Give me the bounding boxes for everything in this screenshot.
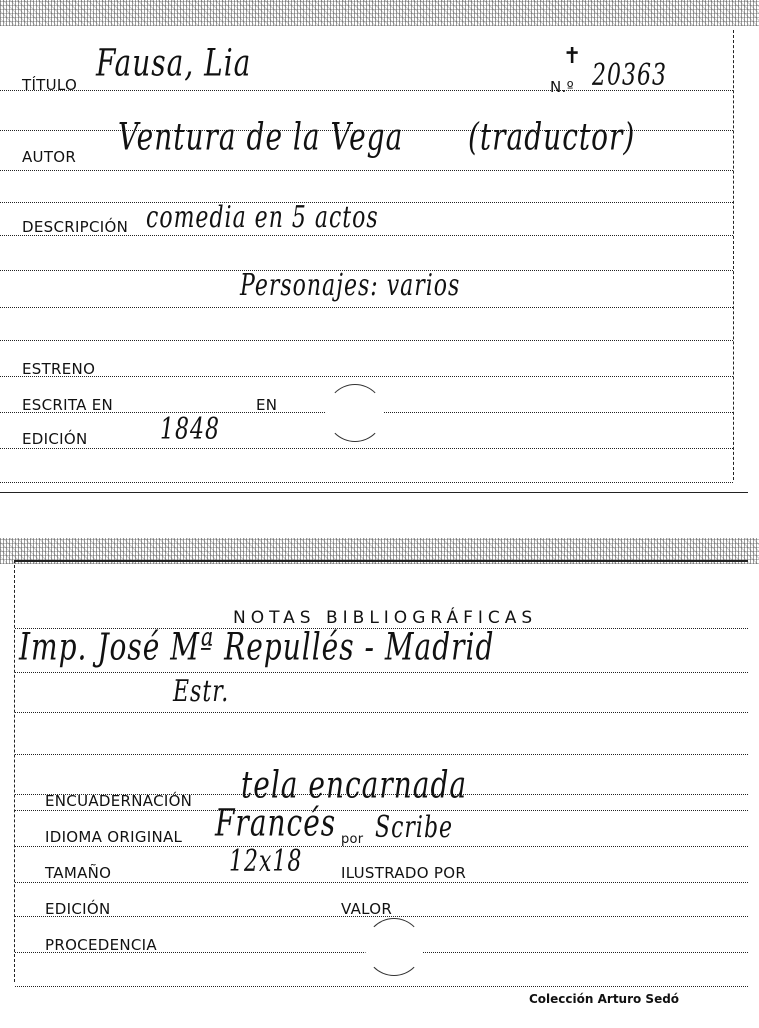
label-numero: N.º (550, 78, 574, 96)
rule-blank-4 (0, 340, 733, 341)
rule-note-1 (15, 672, 748, 673)
rule-bottom (0, 482, 733, 483)
rule-estreno (0, 376, 733, 377)
rule-note-3 (15, 754, 748, 755)
value-titulo: Fausa, Lia (96, 40, 251, 85)
collection-credit: Colección Arturo Sedó (529, 992, 679, 1006)
punch-hole (365, 918, 423, 976)
rule-autor (0, 170, 733, 171)
catalog-card-front: TÍTULO Fausa, Lia ✝ N.º 20363 AUTOR Vent… (0, 30, 734, 480)
label-autor: AUTOR (22, 148, 76, 166)
value-personajes: Personajes: varios (240, 269, 460, 303)
card-top-speckled-edge (0, 0, 759, 26)
value-autor-note: (traductor) (468, 114, 635, 159)
label-encuadernacion: ENCUADERNACIÓN (45, 792, 192, 810)
value-tamano: 12x18 (229, 845, 302, 879)
rule-personajes (0, 307, 733, 308)
label-por: por (341, 832, 363, 847)
cross-mark: ✝ (563, 44, 581, 69)
value-idioma-author: Scribe (375, 811, 453, 845)
punch-hole (326, 384, 384, 442)
card-divider (0, 492, 748, 493)
label-titulo: TÍTULO (22, 76, 77, 94)
rule-tamano (15, 882, 748, 883)
value-autor: Ventura de la Vega (118, 114, 403, 159)
catalog-card-back: NOTAS BIBLIOGRÁFICAS Imp. José Mª Repull… (14, 560, 748, 982)
label-edicion: EDICIÓN (22, 430, 87, 448)
rule-note-2 (15, 712, 748, 713)
value-idioma: Francés (215, 800, 336, 845)
rule-edicion-back (15, 916, 748, 917)
value-numero: 20363 (592, 59, 667, 93)
label-idioma: IDIOMA ORIGINAL (45, 828, 182, 846)
label-ilustrado: ILUSTRADO POR (341, 864, 466, 882)
rule-bottom-back (15, 986, 748, 987)
value-descripcion: comedia en 5 actos (146, 201, 379, 235)
label-descripcion: DESCRIPCIÓN (22, 218, 128, 236)
rule-idioma (15, 846, 748, 847)
label-tamano: TAMAÑO (45, 864, 111, 882)
rule-edicion (0, 448, 733, 449)
value-edicion: 1848 (160, 413, 220, 447)
note-line-1: Imp. José Mª Repullés - Madrid (19, 624, 494, 669)
note-line-2: Estr. (173, 675, 229, 709)
